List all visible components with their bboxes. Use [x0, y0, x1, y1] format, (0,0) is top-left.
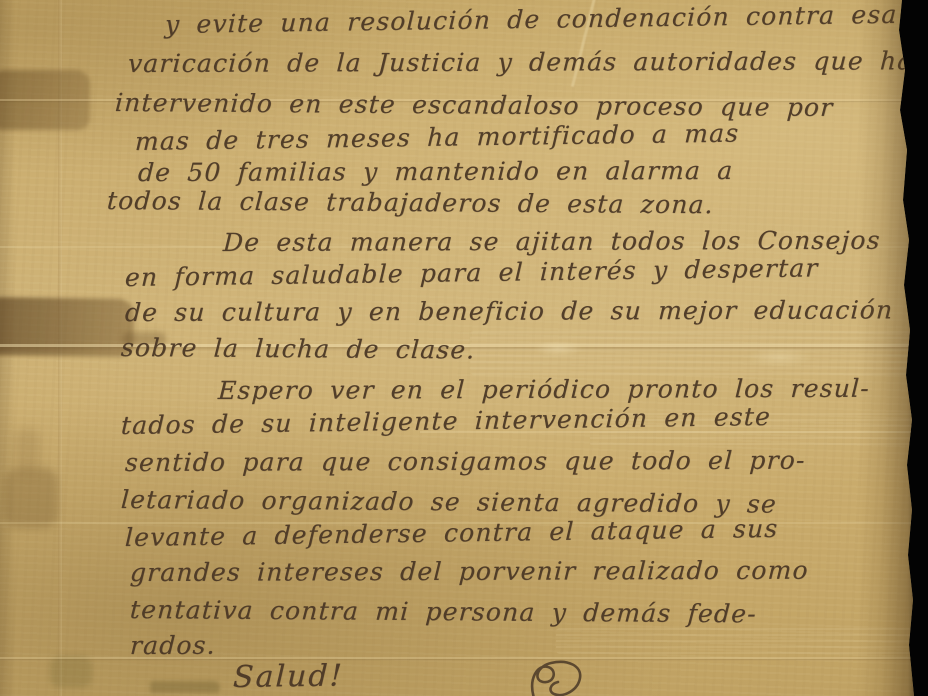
- handwritten-line: en forma saludable para el interés y des…: [125, 255, 819, 290]
- handwritten-line: todos la clase trabajaderos de esta zona…: [106, 188, 714, 217]
- handwritten-line: sentido para que consigamos que todo el …: [124, 448, 806, 475]
- handwritten-line: mas de tres meses ha mortificado a mas: [135, 121, 740, 154]
- handwritten-line: rados.: [129, 633, 216, 658]
- handwritten-line: letariado organizado se sienta agredido …: [120, 487, 778, 517]
- handwritten-line: de su cultura y en beneficio de su mejor…: [124, 297, 894, 325]
- handwritten-text-block: y evite una resolución de condenación co…: [0, 0, 928, 696]
- handwritten-line: Espero ver en el periódico pronto los re…: [217, 376, 870, 403]
- handwritten-line: tentativa contra mi persona y demás fede…: [129, 597, 757, 626]
- handwritten-line: de 50 familias y mantenido en alarma a: [137, 158, 734, 185]
- handwritten-line: grandes intereses del porvenir realizado…: [129, 558, 809, 585]
- handwritten-line: levante a defenderse contra el ataque a …: [125, 516, 779, 550]
- signature-flourish-icon: [524, 660, 602, 696]
- paper-right-edge-shadow: [858, 0, 916, 696]
- closing-salutation: Salud!: [232, 661, 344, 693]
- handwritten-line: y evite una resolución de condenación co…: [165, 1, 928, 37]
- handwritten-line: sobre la lucha de clase.: [120, 335, 476, 362]
- handwritten-line: intervenido en este escandaloso proceso …: [114, 90, 834, 120]
- scanned-letter-page: y evite una resolución de condenación co…: [0, 0, 928, 696]
- handwritten-line: De esta manera se ajitan todos los Conse…: [222, 228, 881, 255]
- handwritten-line: tados de su inteligente intervención en …: [121, 404, 772, 438]
- handwritten-line: varicación de la Justicia y demás autori…: [127, 48, 928, 76]
- paper-sheet: y evite una resolución de condenación co…: [0, 0, 928, 696]
